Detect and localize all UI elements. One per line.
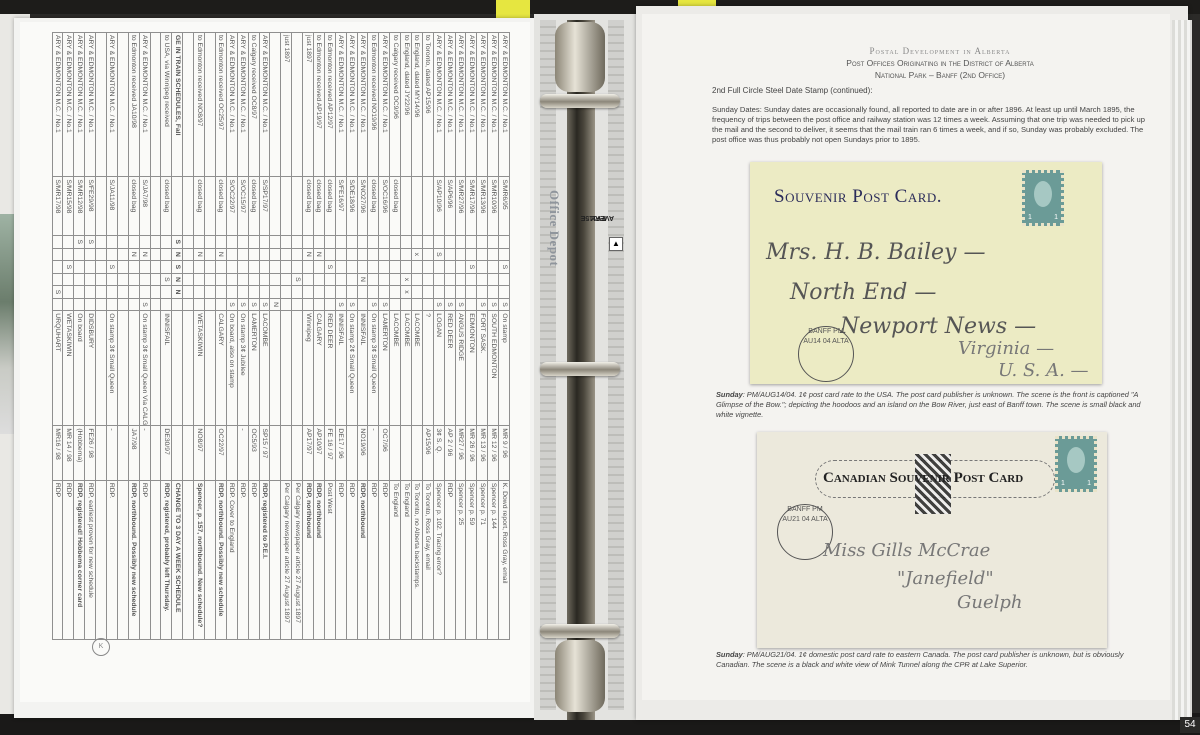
bag-cell — [150, 177, 161, 236]
direction-cell — [433, 236, 444, 249]
bag-cell: S/MR13/96 — [477, 177, 488, 236]
direction-cell — [433, 273, 444, 286]
received-cell — [292, 426, 303, 480]
postmark-record-table: ARY & EDMONTON M.C. / No.1S/MR6/95SSOn s… — [52, 32, 510, 640]
postmark-cell: just 1897 — [281, 33, 292, 177]
note-cell: RDP — [139, 480, 150, 639]
bag-cell — [281, 177, 292, 236]
bag-cell: S/MR17/96 — [466, 177, 477, 236]
table-row: to Edmonton received NO8/97closed bagNWE… — [194, 33, 205, 640]
note-cell: RDP, registered, probably left Thursday. — [161, 480, 172, 639]
table-row: ARY & EDMONTON M.C. / No.1S/FE29/98SDIDS… — [85, 33, 96, 640]
direction-cell — [85, 248, 96, 261]
received-cell: MR 9 / 96 — [499, 426, 510, 480]
stamp-icon: 11 — [1055, 436, 1097, 492]
direction-cell — [117, 273, 128, 286]
direction-cell: S — [248, 298, 259, 311]
direction-cell — [161, 236, 172, 249]
binder-ring-top[interactable] — [540, 94, 620, 108]
direction-cell — [226, 261, 237, 274]
postmark-cell — [150, 33, 161, 177]
table-row: to England, dated JY22/96xxLACOMBETo Eng… — [401, 33, 412, 640]
table-row: ARY & EDMONTON M.C. / No.1S/FE16/97SINNI… — [335, 33, 346, 640]
direction-cell — [150, 236, 161, 249]
header-office-title: National Park – Banff (2nd Office) — [700, 70, 1180, 80]
direction-cell: S — [379, 298, 390, 311]
table-row: to Edmonton received AP12/97closed bagSR… — [324, 33, 335, 640]
direction-cell — [215, 236, 226, 249]
postmark-cell: to England, dated MY14/96 — [411, 33, 422, 177]
destination-cell — [183, 311, 194, 426]
direction-cell — [259, 286, 270, 299]
card-caption: Sunday: PM/AUG14/04. 1¢ post card rate t… — [716, 390, 1156, 420]
bag-cell: closed bag — [194, 177, 205, 236]
direction-cell — [150, 298, 161, 311]
direction-cell — [226, 273, 237, 286]
bag-cell: S/SP17/97 — [259, 177, 270, 236]
direction-cell: S — [368, 298, 379, 311]
direction-cell — [128, 261, 139, 274]
received-cell — [270, 426, 281, 480]
direction-cell: N — [270, 298, 281, 311]
direction-cell — [313, 298, 324, 311]
destination-cell: On stamp 3¢ Small Queen — [107, 311, 118, 426]
direction-cell — [335, 273, 346, 286]
direction-cell — [128, 298, 139, 311]
direction-cell: N — [357, 273, 368, 286]
direction-cell — [128, 273, 139, 286]
subheading: 2nd Full Circle Steel Date Stamp (contin… — [712, 86, 873, 95]
received-cell: MR 13 / 96 — [477, 426, 488, 480]
postmark-cell: ARY & EDMONTON M.C. / No.1 — [335, 33, 346, 177]
postmark-cell: to Toronto, dated AP15/96 — [422, 33, 433, 177]
direction-cell: N — [139, 248, 150, 261]
bag-cell: S/MR6/95 — [499, 177, 510, 236]
direction-cell — [488, 273, 499, 286]
direction-cell — [422, 261, 433, 274]
direction-cell — [150, 273, 161, 286]
bag-cell: S/FE29/98 — [85, 177, 96, 236]
postmark-cell: ARY & EDMONTON M.C. / No.1 — [357, 33, 368, 177]
note-cell: To England — [401, 480, 412, 639]
direction-cell — [357, 236, 368, 249]
table-row: ARY & EDMONTON M.C. / No.1S/DE18/96SOn s… — [346, 33, 357, 640]
note-cell: RDP. — [237, 480, 248, 639]
direction-cell — [226, 286, 237, 299]
direction-cell — [324, 248, 335, 261]
note-cell: RDP — [52, 480, 63, 639]
bag-cell: S/MR10/96 — [488, 177, 499, 236]
destination-cell: CALGARY — [215, 311, 226, 426]
postmark-cell — [270, 33, 281, 177]
received-cell — [401, 426, 412, 480]
direction-cell — [139, 286, 150, 299]
direction-cell — [150, 286, 161, 299]
direction-cell — [139, 261, 150, 274]
card-title: Souvenir Post Card. — [774, 186, 942, 208]
postmark-cell: ARY & EDMONTON M.C. / No.1 — [85, 33, 96, 177]
note-cell: RDP. — [107, 480, 118, 639]
direction-cell — [335, 248, 346, 261]
direction-cell — [117, 286, 128, 299]
note-cell: Spencer, p. 157, northbound. New schedul… — [194, 480, 205, 639]
postmark-cell: ARY & EDMONTON M.C. / No.1 — [455, 33, 466, 177]
direction-cell — [161, 298, 172, 311]
direction-cell: S — [455, 298, 466, 311]
received-cell — [281, 426, 292, 480]
received-cell — [172, 426, 183, 480]
bag-cell: S/OC15/97 — [237, 177, 248, 236]
destination-cell: WETASKIWIN — [194, 311, 205, 426]
binder-lever[interactable] — [555, 22, 605, 92]
header-section-title: Post Offices Originating in the District… — [700, 58, 1180, 68]
note-cell: Per Calgary newspaper article 27 August … — [292, 480, 303, 639]
postmark-cell: to Edmonton received AP19/97 — [313, 33, 324, 177]
direction-cell — [52, 236, 63, 249]
direction-cell — [117, 261, 128, 274]
direction-cell — [488, 261, 499, 274]
received-cell: - — [368, 426, 379, 480]
direction-cell — [303, 298, 314, 311]
direction-cell — [248, 286, 259, 299]
direction-cell: S — [52, 286, 63, 299]
direction-cell — [248, 261, 259, 274]
note-cell: To Toronto, Ross Gray, email — [422, 480, 433, 639]
destination-cell: On board — [74, 311, 85, 426]
table-row: to USA, via Winnipeg receivedclosed bagS… — [161, 33, 172, 640]
note-cell: RDP, northbound — [313, 480, 324, 639]
direction-cell — [466, 298, 477, 311]
binder-lever-bottom[interactable] — [555, 640, 605, 712]
banff-postmark: BANFF PM AU14 04 ALTA — [798, 326, 854, 382]
table-row: ARY & EDMONTON M.C. / No.1S/SP17/97SLACO… — [259, 33, 270, 640]
destination-cell: LOGAN — [433, 311, 444, 426]
note-cell: RDP, northbound — [357, 480, 368, 639]
received-cell: FE26 / 98 — [85, 426, 96, 480]
bag-cell — [270, 177, 281, 236]
postmark-cell: to Edmonton received NO19/96 — [368, 33, 379, 177]
direction-cell — [433, 286, 444, 299]
postmark-cell: to Edmonton received OC25/97 — [215, 33, 226, 177]
bag-cell: closed bag — [161, 177, 172, 236]
destination-cell: LACOMBE — [390, 311, 401, 426]
bag-cell: S/AP10/96 — [433, 177, 444, 236]
direction-cell — [488, 236, 499, 249]
destination-cell: INNISFAIL — [335, 311, 346, 426]
received-cell — [226, 426, 237, 480]
direction-cell — [466, 236, 477, 249]
direction-cell: S — [292, 273, 303, 286]
postmark-cell: just 1897 — [303, 33, 314, 177]
direction-cell — [139, 273, 150, 286]
direction-cell — [63, 286, 74, 299]
binder-ring-bottom[interactable] — [540, 624, 620, 638]
direction-cell — [303, 236, 314, 249]
received-cell: NO8/97 — [194, 426, 205, 480]
direction-cell — [422, 236, 433, 249]
direction-cell — [390, 273, 401, 286]
direction-cell — [281, 248, 292, 261]
received-cell: - — [139, 426, 150, 480]
direction-cell — [215, 298, 226, 311]
postmark-cell: to England, dated JY22/96 — [401, 33, 412, 177]
postmark-cell: ARY & EDMONTON M.C. / No.1 — [499, 33, 510, 177]
card-title: Canadian Souvenir Post Card — [823, 470, 1023, 487]
received-cell — [411, 426, 422, 480]
direction-cell — [303, 261, 314, 274]
destination-cell: FORT SASK. — [477, 311, 488, 426]
destination-cell — [96, 311, 107, 426]
table-row: ARY & EDMONTON M.C. / No.1S/MR13/96SFORT… — [477, 33, 488, 640]
direction-cell — [248, 248, 259, 261]
direction-cell — [390, 261, 401, 274]
direction-cell — [335, 236, 346, 249]
note-cell: RDP, registered to P.E.I. — [259, 480, 270, 639]
direction-cell — [422, 248, 433, 261]
received-cell: - — [237, 426, 248, 480]
direction-cell — [444, 286, 455, 299]
received-cell: AP17/97 — [303, 426, 314, 480]
direction-cell: N — [172, 273, 183, 286]
direction-cell — [270, 273, 281, 286]
received-cell: - — [107, 426, 118, 480]
note-cell: RDP — [444, 480, 455, 639]
direction-cell — [96, 261, 107, 274]
note-cell — [117, 480, 128, 639]
direction-cell — [107, 286, 118, 299]
direction-cell: N — [194, 248, 205, 261]
bag-cell — [292, 177, 303, 236]
received-cell — [390, 426, 401, 480]
direction-cell — [390, 298, 401, 311]
direction-cell — [357, 298, 368, 311]
direction-cell: N — [215, 248, 226, 261]
direction-cell — [85, 273, 96, 286]
direction-cell — [150, 261, 161, 274]
postmark-cell: to Calgary received OC8/97 — [248, 33, 259, 177]
direction-cell: N — [172, 248, 183, 261]
destination-cell: LAMERTON — [379, 311, 390, 426]
souvenir-post-card: Souvenir Post Card. 11 Mrs. H. B. Bailey… — [750, 162, 1102, 384]
note-cell: K. Dowd report, Ross Gray, email — [499, 480, 510, 639]
table-row: ARY & EDMONTON M.C. / No.1S/MR15/98SWETA… — [63, 33, 74, 640]
direction-cell — [368, 261, 379, 274]
table-row: ARY & EDMONTON M.C. / No.1S/OC15/97SOn s… — [237, 33, 248, 640]
direction-cell — [270, 248, 281, 261]
direction-cell — [303, 286, 314, 299]
direction-cell — [324, 236, 335, 249]
direction-cell — [172, 298, 183, 311]
destination-cell: ANGUS RIDGE — [455, 311, 466, 426]
direction-cell — [194, 298, 205, 311]
direction-cell: S — [85, 236, 96, 249]
direction-cell — [368, 286, 379, 299]
received-cell: MR 26 / 96 — [466, 426, 477, 480]
direction-cell — [281, 273, 292, 286]
direction-cell — [259, 261, 270, 274]
direction-cell — [379, 261, 390, 274]
direction-cell — [237, 236, 248, 249]
direction-cell — [488, 248, 499, 261]
postmark-cell: ARY & EDMONTON M.C. / No.1 — [433, 33, 444, 177]
note-cell: RDP — [248, 480, 259, 639]
postmark-cell: to Edmonton received JA10/98 — [128, 33, 139, 177]
note-cell — [150, 480, 161, 639]
direction-cell — [52, 273, 63, 286]
received-cell — [96, 426, 107, 480]
table-row: to Toronto, dated AP15/96?AP15/96To Toro… — [422, 33, 433, 640]
direction-cell — [346, 248, 357, 261]
index-tab — [496, 0, 530, 18]
direction-cell: N — [313, 248, 324, 261]
direction-cell — [292, 236, 303, 249]
postmark-cell: to Edmonton received NO8/97 — [194, 33, 205, 177]
direction-cell — [292, 261, 303, 274]
destination-cell: On stamp 3¢ Jubilee — [237, 311, 248, 426]
handwritten-address-line: Guelph — [957, 592, 1023, 613]
bag-cell — [172, 177, 183, 236]
stamp-icon: 11 — [1022, 170, 1064, 226]
table-row: ARY & EDMONTON M.C. / No.1S/AP6/96SRED D… — [444, 33, 455, 640]
direction-cell — [281, 261, 292, 274]
destination-cell: CALGARY — [313, 311, 324, 426]
direction-cell — [281, 298, 292, 311]
direction-cell: x — [401, 273, 412, 286]
destination-cell — [128, 311, 139, 426]
note-cell: RDP, northbound. Possibly new schedule — [128, 480, 139, 639]
bag-cell: closed bag — [390, 177, 401, 236]
direction-cell — [303, 273, 314, 286]
direction-cell — [499, 248, 510, 261]
direction-cell — [74, 273, 85, 286]
direction-cell — [477, 286, 488, 299]
direction-cell — [346, 273, 357, 286]
binder-ring-middle[interactable] — [540, 362, 620, 376]
direction-cell — [379, 286, 390, 299]
received-cell: AP 2 / 96 — [444, 426, 455, 480]
direction-cell — [411, 261, 422, 274]
received-cell: MR16 / 98 — [52, 426, 63, 480]
received-cell: JA7/98 — [128, 426, 139, 480]
avery-label: AVERYPV115E — [598, 205, 620, 265]
received-cell: DE30/97 — [161, 426, 172, 480]
header-series-title: Postal Development in Alberta — [700, 46, 1180, 56]
table-row: to Calgary received OC8/97closed bagSLAM… — [248, 33, 259, 640]
bag-cell: S/MR12/98 — [74, 177, 85, 236]
received-cell — [183, 426, 194, 480]
destination-cell: LACOMBE — [259, 311, 270, 426]
direction-cell — [107, 298, 118, 311]
direction-cell — [411, 273, 422, 286]
handwritten-address-line: "Janefield" — [897, 568, 994, 589]
postmark-cell: ARY & EDMONTON M.C. / No.1 — [237, 33, 248, 177]
note-cell: RDP — [63, 480, 74, 639]
direction-cell: S — [107, 261, 118, 274]
note-cell: RDP — [379, 480, 390, 639]
table-row: ARY & EDMONTON M.C. / No.1S/MR17/98SURQU… — [52, 33, 63, 640]
direction-cell — [357, 286, 368, 299]
bag-cell: S/AP6/96 — [444, 177, 455, 236]
direction-cell — [237, 248, 248, 261]
postmark-cell: ARY & EDMONTON M.C. / No.1 — [107, 33, 118, 177]
postmark-cell: ARY & EDMONTON M.C. / No.1 — [226, 33, 237, 177]
direction-cell — [270, 261, 281, 274]
direction-cell — [313, 273, 324, 286]
direction-cell — [488, 286, 499, 299]
note-cell — [96, 480, 107, 639]
direction-cell — [270, 236, 281, 249]
handwritten-address-line: Miss Gills McCrae — [823, 540, 990, 561]
received-cell: DE17 / 96 — [335, 426, 346, 480]
note-cell — [270, 480, 281, 639]
direction-cell: N — [128, 248, 139, 261]
note-cell: RDP — [368, 480, 379, 639]
direction-cell — [74, 286, 85, 299]
postmark-cell: ARY & EDMONTON M.C. / No.1 — [139, 33, 150, 177]
table-row: to Edmonton received JA10/98closed bagNJ… — [128, 33, 139, 640]
page-number-badge: 54 — [1180, 717, 1200, 733]
table-row: SPer Calgary newspaper article 27 August… — [292, 33, 303, 640]
destination-cell: On board, also on stamp — [226, 311, 237, 426]
direction-cell — [96, 236, 107, 249]
direction-cell — [466, 286, 477, 299]
received-cell: SP15 / 97 — [259, 426, 270, 480]
note-cell: RDP, northbound — [303, 480, 314, 639]
direction-cell — [422, 273, 433, 286]
direction-cell — [183, 298, 194, 311]
table-row: to England, dated MY14/96xLACOMBETo Toro… — [411, 33, 422, 640]
bag-cell: S/MR27/96 — [455, 177, 466, 236]
destination-cell: RED DEER — [324, 311, 335, 426]
direction-cell — [259, 248, 270, 261]
direction-cell — [455, 248, 466, 261]
direction-cell — [215, 273, 226, 286]
bag-cell — [117, 177, 128, 236]
destination-cell — [292, 311, 303, 426]
direction-cell — [52, 261, 63, 274]
destination-cell: WETASKIWIN — [63, 311, 74, 426]
received-cell: (Hobbema) — [74, 426, 85, 480]
destination-cell: EDMONTON — [466, 311, 477, 426]
bag-cell: S/JA11/98 — [107, 177, 118, 236]
destination-cell: ? — [422, 311, 433, 426]
direction-cell — [183, 286, 194, 299]
avery-logo-icon: ▲ — [609, 237, 623, 251]
direction-cell — [324, 286, 335, 299]
table-row — [205, 33, 216, 640]
direction-cell — [205, 236, 216, 249]
direction-cell — [444, 248, 455, 261]
direction-cell — [477, 236, 488, 249]
direction-cell — [499, 286, 510, 299]
sunday-dates-paragraph: Sunday Dates: Sunday dates are occasiona… — [712, 105, 1152, 145]
postmark-cell — [183, 33, 194, 177]
destination-cell: On stamp 3¢ Small Queen Via CALGARY — [139, 311, 150, 426]
direction-cell — [52, 248, 63, 261]
received-cell: NO19/96 — [357, 426, 368, 480]
destination-cell: DIDSBURY — [85, 311, 96, 426]
direction-cell — [346, 261, 357, 274]
destination-cell: RED DEER — [444, 311, 455, 426]
received-cell — [150, 426, 161, 480]
direction-cell — [368, 248, 379, 261]
handwritten-address-line: Virginia — — [958, 338, 1054, 359]
table-row: ARY & EDMONTON M.C. / No.1S/MR27/96SANGU… — [455, 33, 466, 640]
direction-cell — [194, 286, 205, 299]
direction-cell — [96, 273, 107, 286]
received-cell: AP15/96 — [422, 426, 433, 480]
direction-cell — [74, 298, 85, 311]
